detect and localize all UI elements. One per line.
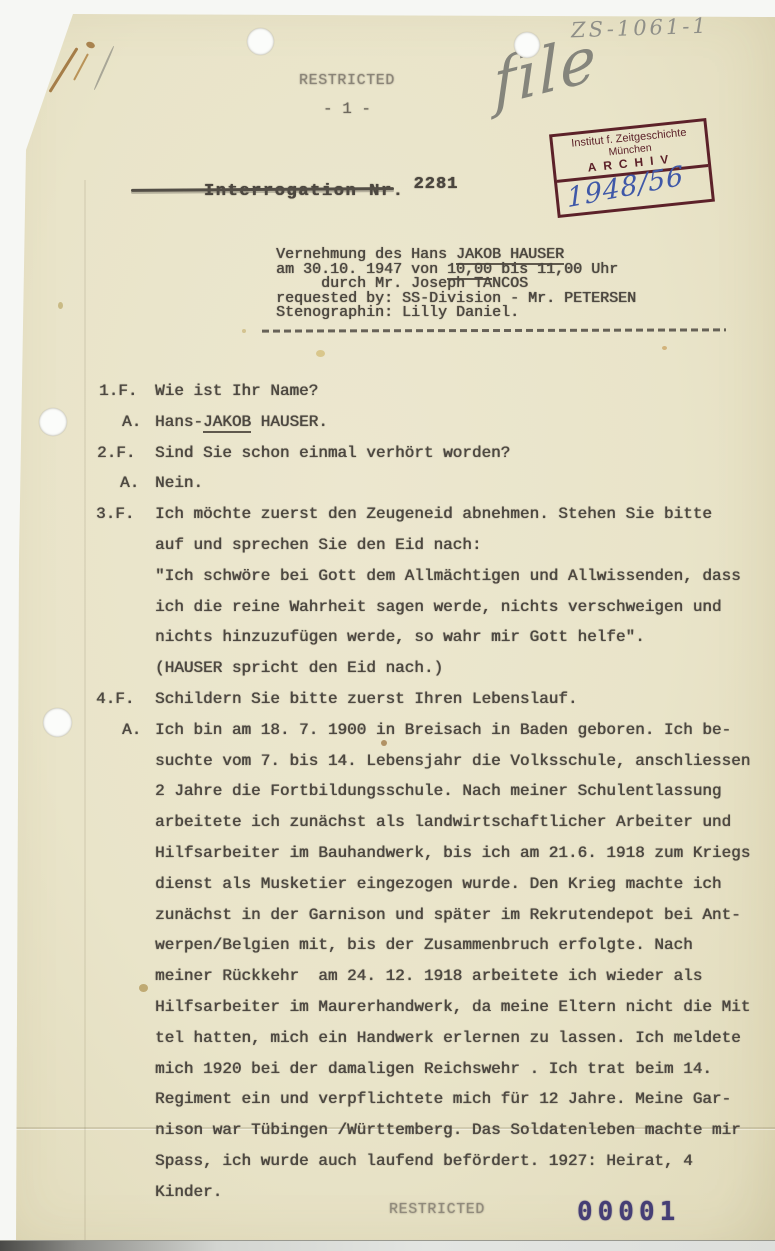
stain-dot [316, 350, 325, 357]
typed-line: A.Nein. [155, 468, 775, 499]
hole-punch-top-right [514, 32, 540, 58]
question-answer-label: 2.F. [97, 438, 135, 469]
typed-text: ich die reine Wahrheit sagen werde, nich… [155, 598, 722, 616]
typed-text: Stenographin: Lilly Daniel. [276, 304, 519, 321]
header-rule [262, 328, 726, 332]
typed-text: Hilfsarbeiter im Bauhandwerk, bis ich am… [155, 844, 750, 862]
interrogation-label: Interrogation Nr. [204, 182, 405, 201]
line-text: auf und sprechen Sie den Eid nach: [155, 536, 481, 554]
scanned-document-page: RESTRICTED - 1 - Interrogation Nr.2281 V… [0, 0, 775, 1251]
typed-line: suchte vom 7. bis 14. Lebensjahr die Vol… [155, 746, 775, 777]
rust-stain [73, 53, 89, 80]
typed-line: zunächst in der Garnison und später im R… [155, 900, 775, 931]
question-answer-label: 3.F. [96, 499, 134, 530]
typed-text: Ich bin am 18. 7. 1900 in Breisach in Ba… [155, 721, 731, 739]
typed-text: (HAUSER spricht den Eid nach.) [155, 659, 443, 677]
paper: RESTRICTED - 1 - Interrogation Nr.2281 V… [0, 0, 775, 1251]
typed-text: tel hatten, mich ein Handwerk erlernen z… [155, 1029, 741, 1047]
page-number: - 1 - [323, 100, 371, 118]
line-text: meiner Rückkehr am 24. 12. 1918 arbeitet… [155, 967, 702, 985]
hole-punch-top-left [247, 28, 274, 55]
line-text: Ich möchte zuerst den Zeugeneid abnehmen… [155, 505, 712, 523]
fold-crease-vertical [84, 180, 86, 1240]
typed-line: arbeitete ich zunächst als landwirtschaf… [155, 807, 775, 838]
typed-text: 2 Jahre die Fortbildungsschule. Nach mei… [155, 782, 722, 800]
typed-text: Schildern Sie bitte zuerst Ihren Lebensl… [155, 690, 577, 708]
line-text: Kinder. [155, 1183, 222, 1201]
typed-line: 3.F.Ich möchte zuerst den Zeugeneid abne… [155, 499, 775, 530]
line-text: Wie ist Ihr Name? [155, 382, 318, 400]
line-text: Hilfsarbeiter im Bauhandwerk, bis ich am… [155, 844, 750, 862]
line-text: werpen/Belgien mit, bis der Zusammenbruc… [155, 936, 693, 954]
typed-line: meiner Rückkehr am 24. 12. 1918 arbeitet… [155, 961, 775, 992]
line-text: Hans-JAKOB HAUSER. [155, 413, 328, 433]
line-text: mich 1920 bei der damaligen Reichswehr .… [155, 1060, 712, 1078]
line-text: ich die reine Wahrheit sagen werde, nich… [155, 598, 722, 616]
typed-text: Hilfsarbeiter im Maurerhandwerk, da mein… [155, 998, 750, 1016]
hole-punch-left-lower [43, 708, 72, 737]
typed-text: mich 1920 bei der damaligen Reichswehr .… [155, 1060, 712, 1078]
typed-line: 2 Jahre die Fortbildungsschule. Nach mei… [155, 776, 775, 807]
typed-text: nichts hinzuzufügen werde, so wahr mir G… [155, 628, 645, 646]
typed-line: nichts hinzuzufügen werde, so wahr mir G… [155, 622, 775, 653]
line-text: Hilfsarbeiter im Maurerhandwerk, da mein… [155, 998, 750, 1016]
typed-line: 2.F.Sind Sie schon einmal verhört worden… [155, 438, 775, 469]
question-answer-label: 4.F. [96, 684, 134, 715]
typed-line: A.Ich bin am 18. 7. 1900 in Breisach in … [155, 715, 775, 746]
question-answer-label: A. [122, 715, 141, 746]
stain-dot [58, 302, 63, 309]
page-stamp-number: 00001 [577, 1197, 680, 1227]
question-answer-label: A. [122, 407, 141, 438]
header-line: Stenographin: Lilly Daniel. [276, 306, 636, 321]
line-text: tel hatten, mich ein Handwerk erlernen z… [155, 1029, 741, 1047]
typed-line: werpen/Belgien mit, bis der Zusammenbruc… [155, 930, 775, 961]
classification-bottom: RESTRICTED [389, 1201, 485, 1218]
typed-line: "Ich schwöre bei Gott dem Allmächtigen u… [155, 561, 775, 592]
body-lines: 1.F.Wie ist Ihr Name?A.Hans-JAKOB HAUSER… [155, 376, 775, 1208]
stain-dot [139, 984, 148, 992]
line-text: Ich bin am 18. 7. 1900 in Breisach in Ba… [155, 721, 731, 739]
typed-line: Hilfsarbeiter im Bauhandwerk, bis ich am… [155, 838, 775, 869]
line-text: Schildern Sie bitte zuerst Ihren Lebensl… [155, 690, 577, 708]
typed-text: Kinder. [155, 1183, 222, 1201]
question-answer-label: 1.F. [99, 376, 137, 407]
question-answer-label: A. [120, 468, 139, 499]
typed-line: mich 1920 bei der damaligen Reichswehr .… [155, 1054, 775, 1085]
typed-text: Spass, ich wurde auch laufend befördert.… [155, 1152, 693, 1170]
typed-line: nison war Tübingen /Württemberg. Das Sol… [155, 1115, 775, 1146]
bottom-scan-strip [0, 1240, 775, 1251]
typed-text: werpen/Belgien mit, bis der Zusammenbruc… [155, 936, 693, 954]
typed-text: Regiment ein und verpflichtete mich für … [155, 1090, 731, 1108]
typed-text: Nein. [155, 474, 203, 492]
line-text: zunächst in der Garnison und später im R… [155, 906, 741, 924]
typed-text: zunächst in der Garnison und später im R… [155, 906, 741, 924]
typed-text: arbeitete ich zunächst als landwirtschaf… [155, 813, 731, 831]
typed-text: Ich möchte zuerst den Zeugeneid abnehmen… [155, 505, 712, 523]
typed-line: 1.F.Wie ist Ihr Name? [155, 376, 775, 407]
typed-text: Wie ist Ihr Name? [155, 382, 318, 400]
typed-line: tel hatten, mich ein Handwerk erlernen z… [155, 1023, 775, 1054]
typed-text: nison war Tübingen /Württemberg. Das Sol… [155, 1121, 741, 1139]
typed-line: dienst als Musketier eingezogen wurde. D… [155, 869, 775, 900]
typed-text: suchte vom 7. bis 14. Lebensjahr die Vol… [155, 752, 750, 770]
pencil-mark [93, 46, 114, 91]
typed-line: 4.F.Schildern Sie bitte zuerst Ihren Leb… [155, 684, 775, 715]
archive-stamp: Institut f. Zeitgeschichte München ARCHI… [549, 118, 715, 218]
typed-line: (HAUSER spricht den Eid nach.) [155, 653, 775, 684]
header-lines: Vernehmung des Hans JAKOB HAUSERam 30.10… [276, 248, 636, 321]
hole-punch-left-upper [39, 408, 67, 436]
typed-text: meiner Rückkehr am 24. 12. 1918 arbeitet… [155, 967, 702, 985]
typed-line: ich die reine Wahrheit sagen werde, nich… [155, 592, 775, 623]
line-text: dienst als Musketier eingezogen wurde. D… [155, 875, 722, 893]
typed-text: auf und sprechen Sie den Eid nach: [155, 536, 481, 554]
stain-dot [662, 346, 667, 350]
rust-stain [85, 41, 96, 50]
line-text: Regiment ein und verpflichtete mich für … [155, 1090, 731, 1108]
archive-signature-handwritten: ZS-1061-1 [571, 14, 710, 43]
line-text: suchte vom 7. bis 14. Lebensjahr die Vol… [155, 752, 750, 770]
stain-dot [242, 329, 246, 333]
underlined-text: JAKOB [203, 413, 251, 433]
line-text: arbeitete ich zunächst als landwirtschaf… [155, 813, 731, 831]
line-text: Spass, ich wurde auch laufend befördert.… [155, 1152, 693, 1170]
classification-top: RESTRICTED [299, 72, 395, 89]
line-text: (HAUSER spricht den Eid nach.) [155, 659, 443, 677]
typed-text: "Ich schwöre bei Gott dem Allmächtigen u… [155, 567, 741, 585]
line-text: "Ich schwöre bei Gott dem Allmächtigen u… [155, 567, 741, 585]
line-text: nichts hinzuzufügen werde, so wahr mir G… [155, 628, 645, 646]
typed-line: auf und sprechen Sie den Eid nach: [155, 530, 775, 561]
line-text: nison war Tübingen /Württemberg. Das Sol… [155, 1121, 741, 1139]
rust-stain [48, 47, 78, 93]
line-text: 2 Jahre die Fortbildungsschule. Nach mei… [155, 782, 722, 800]
typed-line: Spass, ich wurde auch laufend befördert.… [155, 1146, 775, 1177]
typed-text: Sind Sie schon einmal verhört worden? [155, 444, 510, 462]
typed-line: A.Hans-JAKOB HAUSER. [155, 407, 775, 438]
typed-text: dienst als Musketier eingezogen wurde. D… [155, 875, 722, 893]
interrogation-number: 2281 [413, 175, 458, 194]
line-text: Sind Sie schon einmal verhört worden? [155, 444, 510, 462]
line-text: Nein. [155, 474, 203, 492]
typed-line: Regiment ein und verpflichtete mich für … [155, 1084, 775, 1115]
typed-text: Hans- [155, 413, 203, 431]
typed-line: Hilfsarbeiter im Maurerhandwerk, da mein… [155, 992, 775, 1023]
typed-text: HAUSER. [251, 413, 328, 431]
